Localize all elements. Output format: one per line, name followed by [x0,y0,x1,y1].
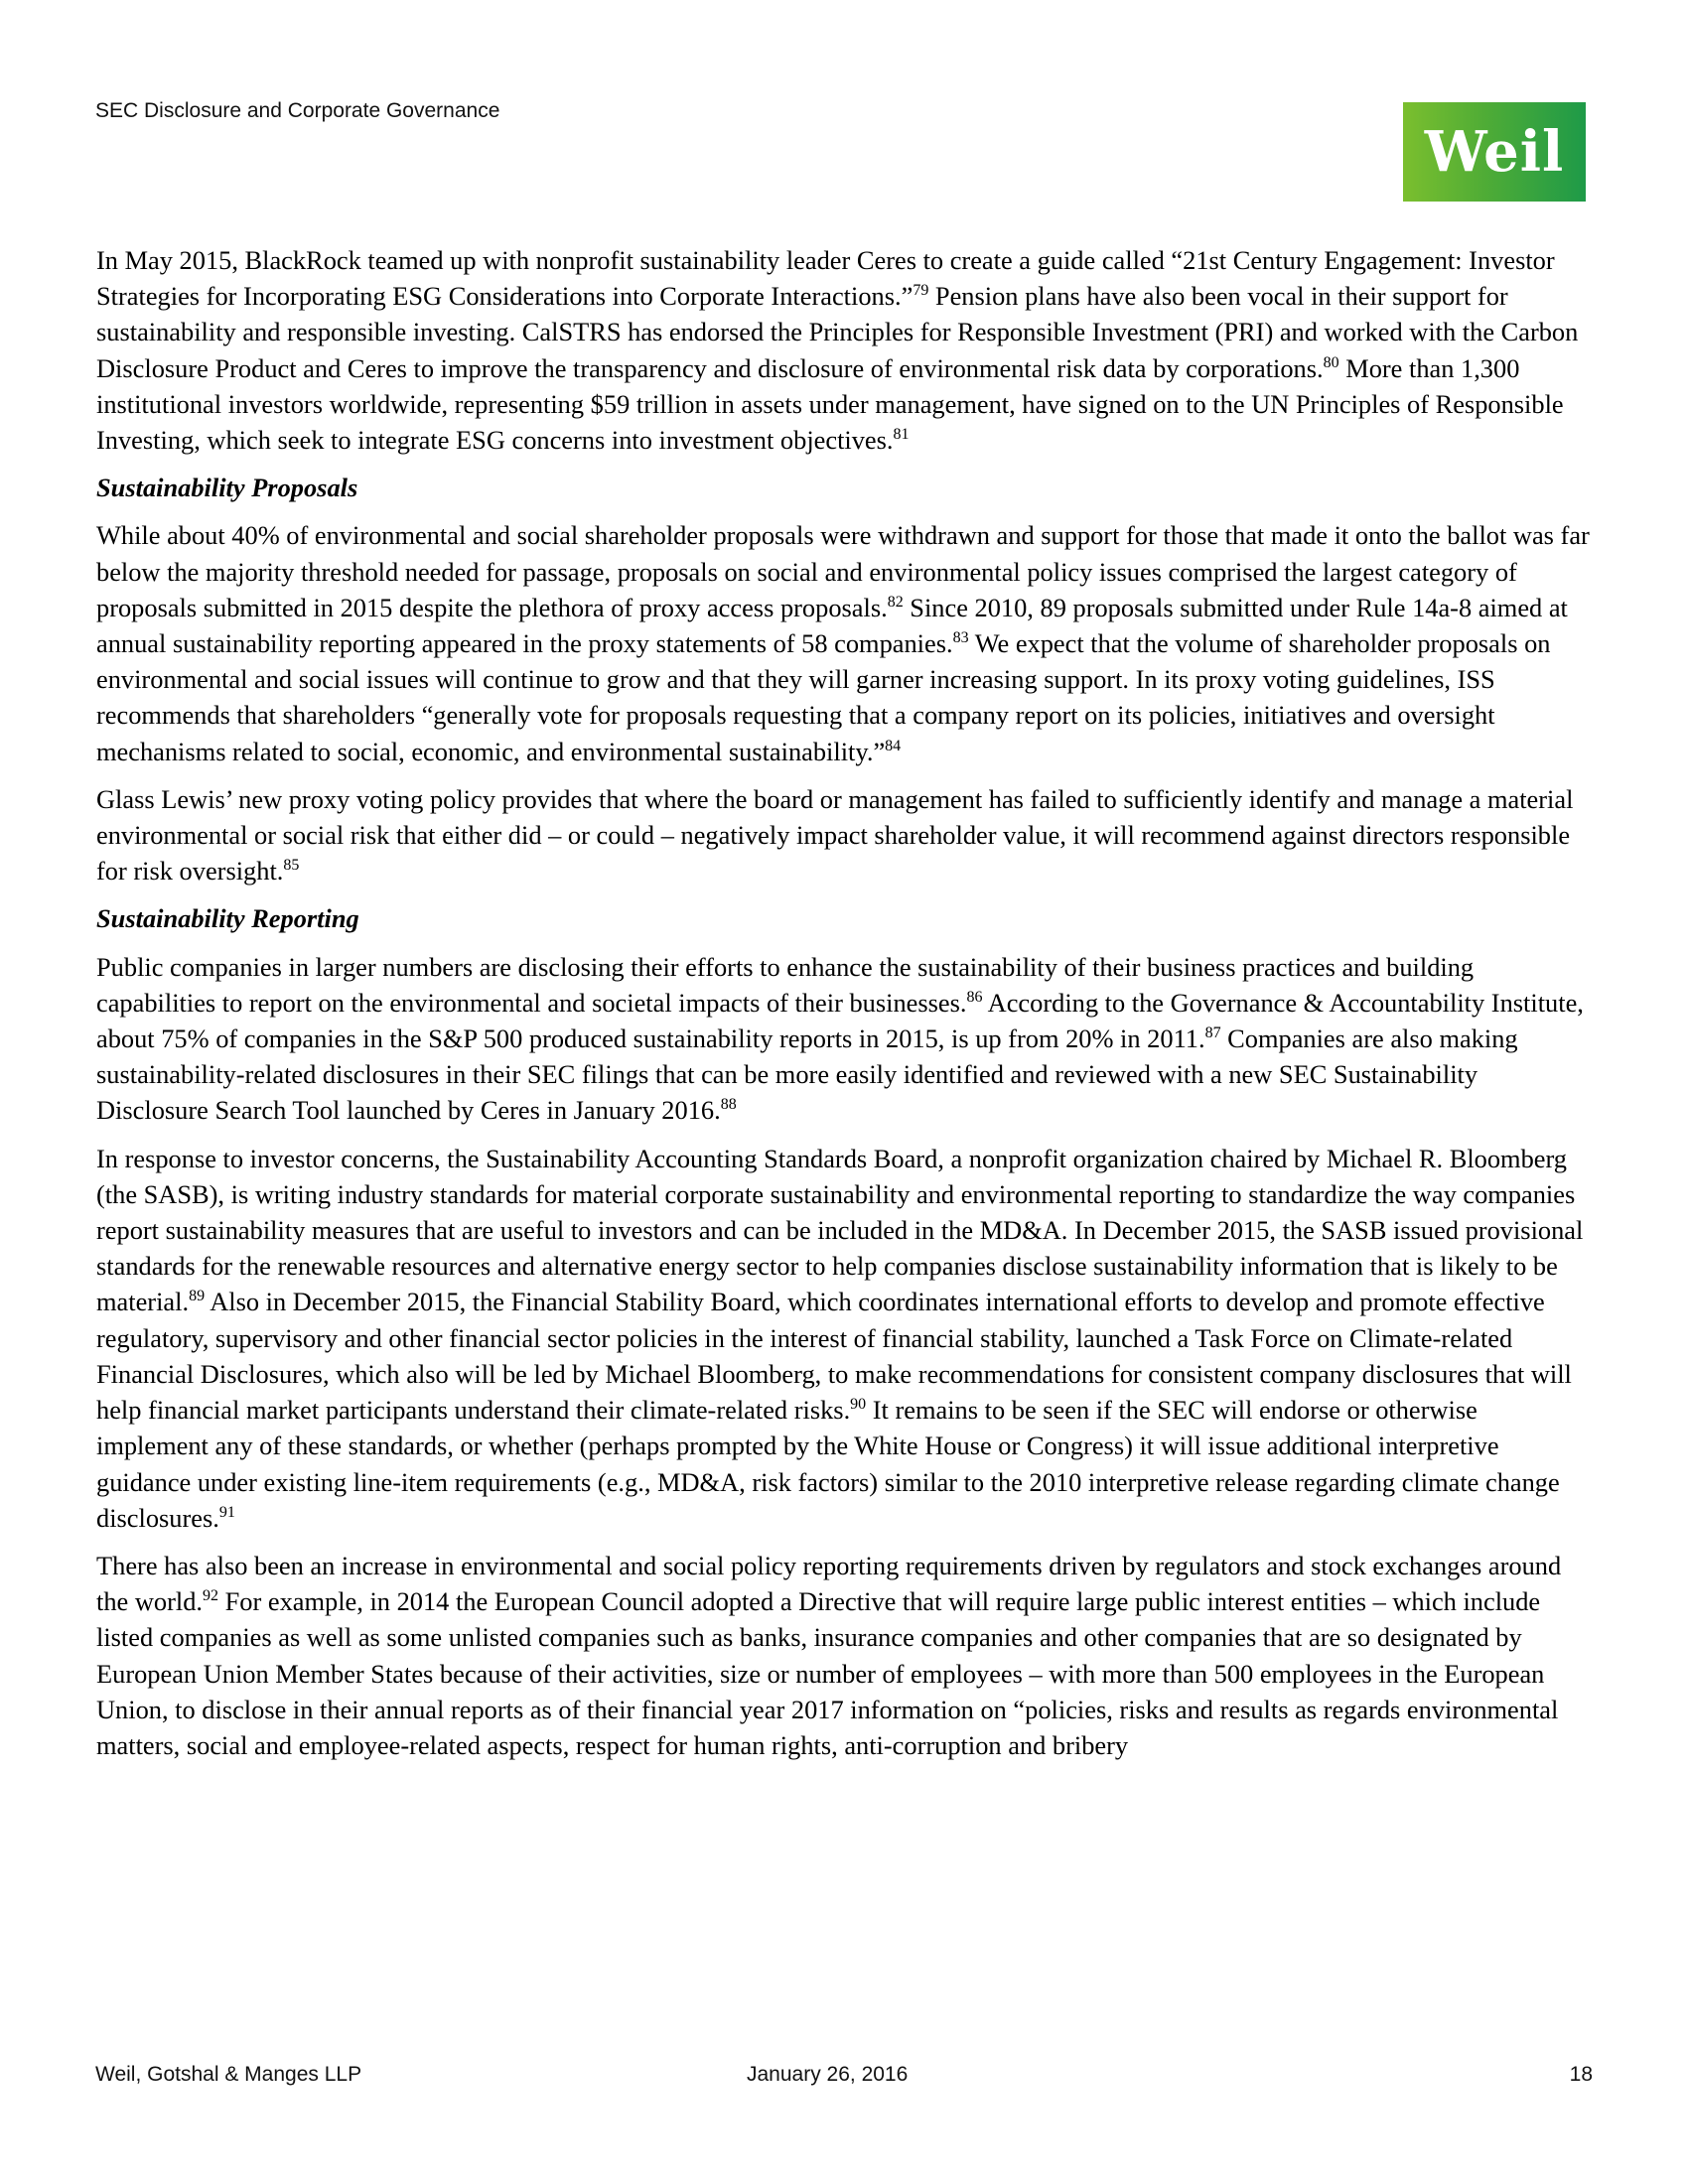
footnote-ref: 87 [1205,1024,1221,1041]
footnote-ref: 91 [219,1504,235,1521]
footnote-ref: 84 [885,738,901,754]
footnote-ref: 85 [283,857,299,874]
footnote-ref: 89 [189,1288,205,1304]
weil-logo: Weil [1403,102,1586,202]
page-number: 18 [1570,2063,1593,2087]
footnote-ref: 90 [850,1396,866,1413]
footnote-ref: 79 [913,282,928,299]
footnote-ref: 83 [953,629,969,646]
paragraph-sasb: In response to investor concerns, the Su… [96,1141,1596,1536]
document-title: SEC Disclosure and Corporate Governance [95,99,499,123]
logo-text: Weil [1425,124,1565,180]
section-heading-sustainability-proposals: Sustainability Proposals [96,470,1596,505]
section-heading-sustainability-reporting: Sustainability Reporting [96,900,1596,936]
footer-firm-name: Weil, Gotshal & Manges LLP [95,2063,361,2087]
footnote-ref: 92 [203,1587,218,1604]
paragraph-proposals: While about 40% of environmental and soc… [96,517,1596,768]
page-footer: Weil, Gotshal & Manges LLP January 26, 2… [95,2063,1593,2093]
paragraph-regulators: There has also been an increase in envir… [96,1548,1596,1763]
document-body: In May 2015, BlackRock teamed up with no… [96,242,1596,1775]
footnote-ref: 81 [894,426,910,443]
paragraph-blackrock-ceres: In May 2015, BlackRock teamed up with no… [96,242,1596,458]
paragraph-public-companies: Public companies in larger numbers are d… [96,949,1596,1129]
footer-date: January 26, 2016 [747,2063,908,2087]
footnote-ref: 88 [721,1096,737,1113]
footnote-ref: 80 [1324,354,1339,371]
footnote-ref: 82 [888,594,904,611]
paragraph-glass-lewis: Glass Lewis’ new proxy voting policy pro… [96,781,1596,889]
footnote-ref: 86 [967,989,983,1006]
